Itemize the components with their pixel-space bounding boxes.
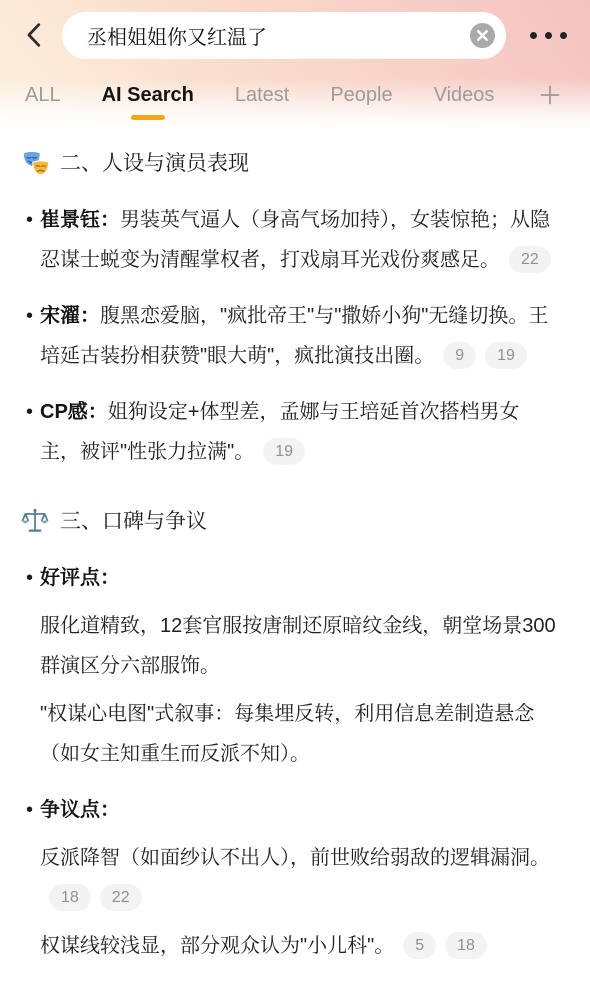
tab-bar: ALL AI Search Latest People Videos (0, 73, 590, 117)
search-input[interactable] (87, 24, 468, 47)
citation-badge[interactable]: 18 (49, 884, 91, 911)
section-title-text: 二、人设与演员表现 (60, 144, 249, 184)
ai-search-results: 二、人设与演员表现 崔景钰：男装英气逼人（身高气场加持），女装惊艳；从隐忍谋士蜕… (0, 130, 590, 966)
bullet-controversy: 争议点： 反派降智（如面纱认不出人），前世败给弱敌的逻辑漏洞。1822 权谋线较… (40, 790, 556, 966)
bullet-cuijingyu: 崔景钰：男装英气逼人（身高气场加持），女装惊艳；从隐忍谋士蜕变为清醒掌权者，打戏… (40, 200, 556, 280)
back-button[interactable] (16, 16, 54, 54)
bullet-paragraph: 反派降智（如面纱认不出人），前世败给弱敌的逻辑漏洞。1822 (40, 838, 556, 918)
bullet-paragraph: "权谋心电图"式叙事：每集埋反转，利用信息差制造悬念（如女主知重生而反派不知）。 (40, 694, 556, 774)
active-tab-underline (131, 115, 165, 120)
close-circle-icon (469, 22, 496, 49)
bullet-lead-line: 争议点： (40, 790, 556, 830)
citation-badge[interactable]: 19 (263, 438, 305, 465)
menu-dot-icon (530, 32, 537, 39)
bullet-paragraph: 权谋线较浅显，部分观众认为"小儿科"。518 (40, 926, 556, 966)
bullet-text: 崔景钰：男装英气逼人（身高气场加持），女装惊艳；从隐忍谋士蜕变为清醒掌权者，打戏… (40, 200, 556, 280)
section-title-reputation: 三、口碑与争议 (21, 502, 556, 542)
plus-icon (538, 83, 562, 107)
citation-badge[interactable]: 22 (100, 884, 142, 911)
search-bar[interactable] (62, 12, 506, 59)
menu-dot-icon (560, 32, 567, 39)
menu-dot-icon (545, 32, 552, 39)
bullet-lead: 好评点： (40, 567, 120, 589)
bullet-lead: CP感： (40, 401, 108, 423)
chevron-left-icon (20, 20, 50, 50)
bullet-lead: 宋濯： (40, 305, 100, 327)
add-tab-button[interactable] (535, 80, 565, 110)
tab-ai-search[interactable]: AI Search (102, 84, 194, 107)
citation-badge[interactable]: 19 (485, 342, 527, 369)
citation-badge[interactable]: 9 (443, 342, 476, 369)
clear-search-button[interactable] (468, 21, 496, 49)
bullet-paragraph: 服化道精致，12套官服按唐制还原暗纹金线，朝堂场景300群演区分六部服饰。 (40, 606, 556, 686)
more-menu-button[interactable] (520, 16, 576, 54)
bullet-lead-line: 好评点： (40, 558, 556, 598)
citation-badge[interactable]: 5 (403, 932, 436, 959)
tab-people[interactable]: People (330, 84, 392, 107)
search-header: ALL AI Search Latest People Videos (0, 0, 590, 130)
bullet-text: CP感：姐狗设定+体型差，孟娜与王培延首次搭档男女主，被评"性张力拉满"。19 (40, 392, 556, 472)
tab-videos[interactable]: Videos (434, 84, 495, 107)
search-results-page: ALL AI Search Latest People Videos (0, 0, 590, 1000)
section-title-text: 三、口碑与争议 (60, 502, 207, 542)
bullet-lead: 争议点： (40, 799, 120, 821)
bullet-lead: 崔景钰： (40, 209, 120, 231)
bullet-text: 宋濯：腹黑恋爱脑，"疯批帝王"与"撒娇小狗"无缝切换。王培延古装扮相获赞"眼大萌… (40, 296, 556, 376)
balance-scale-icon (21, 507, 51, 537)
bullet-songzhuo: 宋濯：腹黑恋爱脑，"疯批帝王"与"撒娇小狗"无缝切换。王培延古装扮相获赞"眼大萌… (40, 296, 556, 376)
bullet-cp: CP感：姐狗设定+体型差，孟娜与王培延首次搭档男女主，被评"性张力拉满"。19 (40, 392, 556, 472)
citation-badge[interactable]: 22 (509, 246, 551, 273)
performing-arts-masks-icon (21, 149, 51, 179)
tab-latest[interactable]: Latest (235, 84, 289, 107)
citation-badge[interactable]: 18 (445, 932, 487, 959)
bullet-praise: 好评点： 服化道精致，12套官服按唐制还原暗纹金线，朝堂场景300群演区分六部服… (40, 558, 556, 774)
tab-all[interactable]: ALL (25, 84, 61, 107)
search-row (0, 9, 590, 61)
section-title-characters: 二、人设与演员表现 (21, 144, 556, 184)
